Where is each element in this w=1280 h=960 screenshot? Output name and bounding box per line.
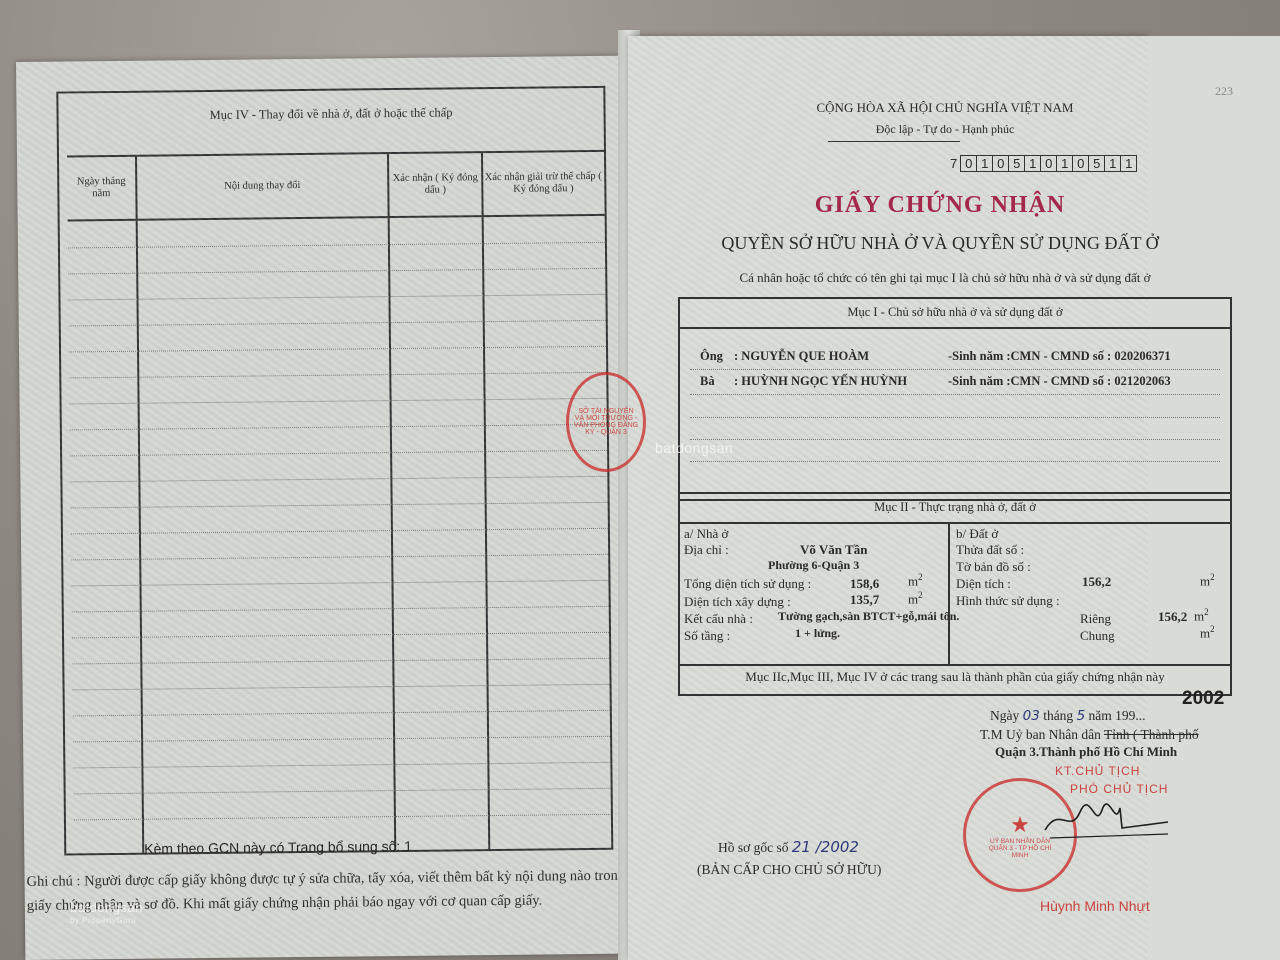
unit-m: m [1200,625,1210,640]
registry-stamp-text: SỞ TÀI NGUYÊN VÀ MÔI TRƯỜNG - VĂN PHÒNG … [569,404,643,440]
private-unit: m2 [1194,607,1209,624]
table-row [73,736,610,743]
seal-text: UỶ BAN NHÂN DÂN QUẬN 3 - TP HỒ CHÍ MINH [980,838,1060,859]
serial-digits: 0 1 0 5 1 0 1 0 5 1 1 [960,155,1137,172]
date-prefix: Ngày [990,708,1019,723]
table-row [72,606,609,613]
year-label: năm 199... [1089,708,1146,723]
section-iv-frame: Mục IV - Thay đổi về nhà ở, đất ở hoặc t… [56,86,613,856]
land-heading: b/ Đất ở [956,526,998,542]
serial-prefix: 7 [950,156,957,171]
table-row [71,580,608,587]
motto-underline [828,141,960,142]
table-row [73,762,610,769]
section-ii-footer: Mục IIc,Mục III, Mục IV ở các trang sau … [680,669,1230,685]
column-header-date: Ngày tháng năm [67,157,136,220]
table-row [73,710,610,717]
total-area-value: 158,6 [850,576,879,592]
owner-2: Bà: HUỲNH NGỌC YẾN HUỲNH [700,374,907,389]
floors-label: Số tầng : [684,628,730,644]
star-emblem-icon: ★ [1010,812,1030,838]
address-line-1: Võ Văn Tần [800,542,867,558]
issue-month: 5 [1077,708,1086,724]
authority-struck: Tỉnh ( Thành phố [1104,727,1199,742]
table-row [69,346,606,353]
record-value: 21 /2002 [792,838,859,856]
total-area-label: Tổng diện tích sử dụng : [684,576,811,592]
registry-stamp: SỞ TÀI NGUYÊN VÀ MÔI TRƯỜNG - VĂN PHÒNG … [566,372,646,472]
owner-1-name: NGUYỄN QUE HOÀM [741,349,869,363]
certificate-intro: Cá nhân hoặc tổ chức có tên ghi tại mục … [690,270,1200,286]
section-i-box: Mục I - Chủ sở hữu nhà ở và sử dụng đất … [678,297,1232,501]
signer-title-1: KT.CHỦ TỊCH [1055,764,1140,778]
table-row [68,242,605,249]
serial-number: 7 0 1 0 5 1 0 1 0 5 1 1 [950,155,1137,172]
column-divider [948,522,950,664]
land-area-value: 156,2 [1082,574,1111,590]
total-area-unit: m2 [908,572,923,589]
serial-digit: 0 [993,156,1009,171]
issue-date: Ngày 03 tháng 5 năm 199... [990,708,1146,724]
serial-digit: 0 [961,156,977,171]
serial-digit: 0 [1041,156,1057,171]
column-header-confirm: Xác nhận ( Ký đóng dấu ) [389,153,482,216]
record-number: Hồ sơ gốc số 21 /2002 [718,838,859,856]
owner-2-label: Bà [700,374,734,389]
table-row [69,372,606,379]
table-row [69,320,606,327]
motto: Độc lập - Tự do - Hạnh phúc [820,122,1070,137]
corner-mark: 223 [1215,84,1233,99]
usage-label: Hình thức sử dụng : [956,593,1060,609]
dotted-line [690,439,1220,440]
address-line-2: Phường 6-Quận 3 [768,558,859,573]
serial-digit: 1 [1025,156,1041,171]
handwritten-year: 2002 [1182,688,1224,710]
signer-title-2: PHÓ CHỦ TỊCH [1070,782,1168,796]
column-divider [387,154,396,850]
table-row [72,658,609,665]
signature [1040,800,1170,840]
unit-m: m [1194,608,1204,623]
section-i-title: Mục I - Chủ sở hữu nhà ở và sử dụng đất … [680,305,1230,320]
table-row [71,554,608,561]
land-area-label: Diện tích : [956,576,1011,592]
owner-2-meta: -Sinh năm :CMN - CMND số : 021202063 [948,374,1171,389]
table-row [72,632,609,639]
plot-label: Thửa đất số : [956,542,1024,558]
divider [680,664,1230,666]
serial-digit: 1 [977,156,993,171]
record-label: Hồ sơ gốc số [718,840,789,855]
authority-district: Quận 3.Thành phố Hồ Chí Minh [995,744,1177,760]
table-row [70,424,607,431]
structure-label: Kết cấu nhà : [684,611,753,627]
copy-note: (BẢN CẤP CHO CHỦ SỞ HỮU) [697,862,881,878]
build-area-value: 135,7 [850,592,879,608]
watermark-tagline: by PropertyGuru [70,916,136,925]
dotted-line [690,417,1220,418]
owner-2-name: HUỲNH NGỌC YẾN HUỲNH [741,374,907,388]
table-row [74,788,611,795]
unit-m: m [908,573,918,588]
section-ii-title: Mục II - Thực trạng nhà ở, đất ở [680,500,1230,515]
table-row [70,450,607,457]
table-header-row: Ngày tháng năm Nội dung thay đổi Xác nhậ… [67,152,605,222]
certificate-subtitle: QUYỀN SỞ HỮU NHÀ Ở VÀ QUYỀN SỬ DỤNG ĐẤT … [690,233,1190,254]
private-label: Riêng [1080,611,1111,627]
left-page: Mục IV - Thay đổi về nhà ở, đất ở hoặc t… [16,56,637,960]
serial-digit: 5 [1089,156,1105,171]
table-row [71,502,608,509]
section-iv-title: Mục IV - Thay đổi về nhà ở, đất ở hoặc t… [59,104,604,125]
build-area-unit: m2 [908,590,923,607]
table-row [68,294,605,301]
unit-m: m [908,591,918,606]
table-row [70,476,607,483]
owner-1-meta: -Sinh năm :CMN - CMND số : 020206371 [948,349,1171,364]
floors-value: 1 + lửng. [795,626,840,641]
land-area-unit: m2 [1200,572,1215,589]
private-value: 156,2 [1158,609,1187,625]
serial-digit: 5 [1009,156,1025,171]
shared-label: Chung [1080,628,1115,644]
table-row [74,814,611,821]
watermark-brand-bottom: batdongsan [70,900,143,915]
table-row [70,398,607,405]
owner-1: Ông: NGUYỄN QUE HOÀM [700,349,869,364]
serial-digit: 0 [1073,156,1089,171]
certificate-title: GIẤY CHỨNG NHẬN [700,192,1180,219]
serial-digit: 1 [1057,156,1073,171]
column-divider [135,157,144,853]
table-row [73,684,610,691]
divider [680,327,1230,329]
table-row [68,268,605,275]
build-area-label: Diện tích xây dựng : [684,594,791,610]
serial-digit: 1 [1105,156,1121,171]
dotted-line [690,394,1220,395]
section-ii-box: Mục II - Thực trạng nhà ở, đất ở a/ Nhà … [678,492,1232,696]
owner-1-label: Ông [700,349,734,364]
authority-prefix: T.M Uỷ ban Nhân dân [980,727,1101,742]
signer-name: Hùynh Minh Nhựt [1040,898,1150,914]
column-header-content: Nội dung thay đổi [137,154,388,219]
structure-value: Tường gạch,sàn BTCT+gỗ,mái tôn. [778,609,959,624]
divider [680,522,1230,524]
dotted-line [690,369,1220,370]
issue-day: 03 [1023,708,1040,724]
map-sheet-label: Tờ bản đồ số : [956,559,1031,575]
shared-unit: m2 [1200,624,1215,641]
month-label: tháng [1043,708,1073,723]
issuing-authority: T.M Uỷ ban Nhân dân Tỉnh ( Thành phố [980,727,1199,743]
watermark-brand: batdongsan [655,440,733,456]
serial-digit: 1 [1121,156,1136,171]
column-header-release: Xác nhận giải trừ thế chấp ( Ký đóng dấu… [483,152,604,215]
nation-header: CỘNG HÒA XÃ HỘI CHỦ NGHĨA VIỆT NAM [780,100,1110,116]
changes-table: Ngày tháng năm Nội dung thay đổi Xác nhậ… [67,150,611,854]
supplement-note: Kèm theo GCN này có Trang bổ sung số: 1 [144,838,412,857]
dotted-line [690,461,1220,462]
table-row [71,528,608,535]
unit-m: m [1200,573,1210,588]
house-heading: a/ Nhà ở [684,526,728,542]
address-label: Địa chỉ : [684,542,729,558]
column-divider [481,153,490,849]
